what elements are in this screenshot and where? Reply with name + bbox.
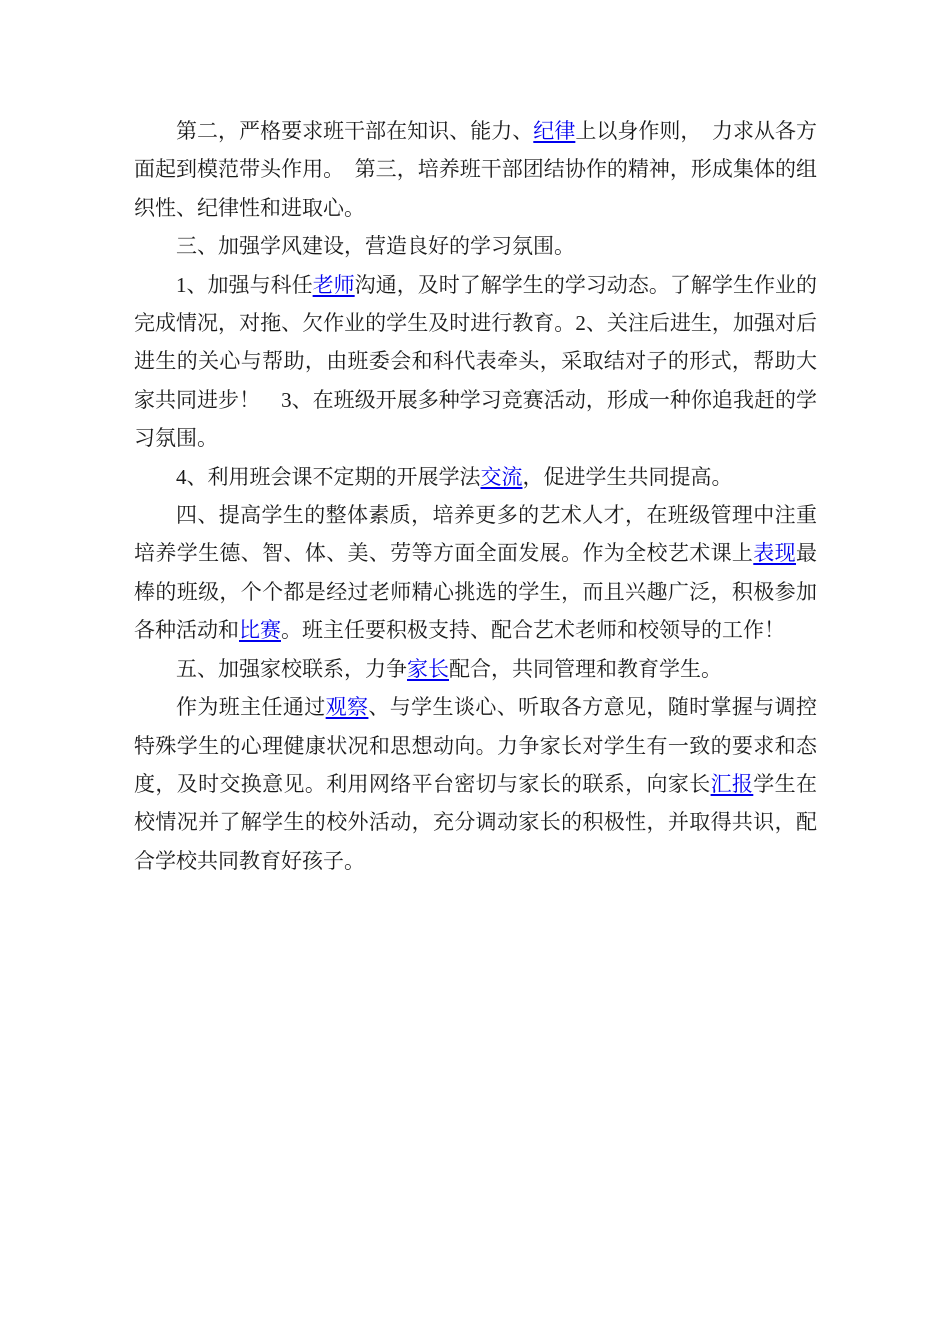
hyperlink[interactable]: 观察 bbox=[326, 695, 369, 719]
hyperlink[interactable]: 老师 bbox=[313, 273, 355, 297]
hyperlink[interactable]: 比赛 bbox=[239, 618, 281, 642]
text-run: 第二，严格要求班干部在知识、能力、 bbox=[176, 119, 533, 143]
text-run: ，促进学生共同提高。 bbox=[523, 465, 733, 489]
document-body: 第二，严格要求班干部在知识、能力、纪律上以身作则， 力求从各方面起到模范带头作用… bbox=[134, 112, 817, 880]
text-run: 沟通，及时了解学生的学习动态。了解学生作业的完成情况，对拖、欠作业的学生及时进行… bbox=[134, 273, 817, 451]
text-run: 五、加强家校联系，力争 bbox=[176, 657, 407, 681]
text-run: 4、利用班会课不定期的开展学法 bbox=[176, 465, 481, 489]
document-page: 第二，严格要求班干部在知识、能力、纪律上以身作则， 力求从各方面起到模范带头作用… bbox=[0, 0, 950, 1344]
hyperlink[interactable]: 汇报 bbox=[711, 772, 754, 796]
text-run: 三、加强学风建设，营造良好的学习氛围。 bbox=[176, 234, 575, 258]
hyperlink[interactable]: 家长 bbox=[407, 657, 449, 681]
paragraph: 作为班主任通过观察、与学生谈心、听取各方意见，随时掌握与调控特殊学生的心理健康状… bbox=[134, 688, 817, 880]
paragraph: 第二，严格要求班干部在知识、能力、纪律上以身作则， 力求从各方面起到模范带头作用… bbox=[134, 112, 817, 227]
text-run: 四、提高学生的整体素质，培养更多的艺术人才，在班级管理中注重培养学生德、智、体、… bbox=[134, 503, 817, 565]
paragraph: 1、加强与科任老师沟通，及时了解学生的学习动态。了解学生作业的完成情况，对拖、欠… bbox=[134, 266, 817, 458]
text-run: 。班主任要积极支持、配合艺术老师和校领导的工作！ bbox=[281, 618, 785, 642]
paragraph: 五、加强家校联系，力争家长配合，共同管理和教育学生。 bbox=[134, 650, 817, 688]
paragraph: 三、加强学风建设，营造良好的学习氛围。 bbox=[134, 227, 817, 265]
hyperlink[interactable]: 纪律 bbox=[533, 119, 575, 143]
text-run: 配合，共同管理和教育学生。 bbox=[449, 657, 722, 681]
hyperlink[interactable]: 交流 bbox=[481, 465, 523, 489]
text-run: 作为班主任通过 bbox=[176, 695, 326, 719]
paragraph: 4、利用班会课不定期的开展学法交流，促进学生共同提高。 bbox=[134, 458, 817, 496]
text-run: 1、加强与科任 bbox=[176, 273, 313, 297]
hyperlink[interactable]: 表现 bbox=[753, 541, 796, 565]
paragraph: 四、提高学生的整体素质，培养更多的艺术人才，在班级管理中注重培养学生德、智、体、… bbox=[134, 496, 817, 650]
